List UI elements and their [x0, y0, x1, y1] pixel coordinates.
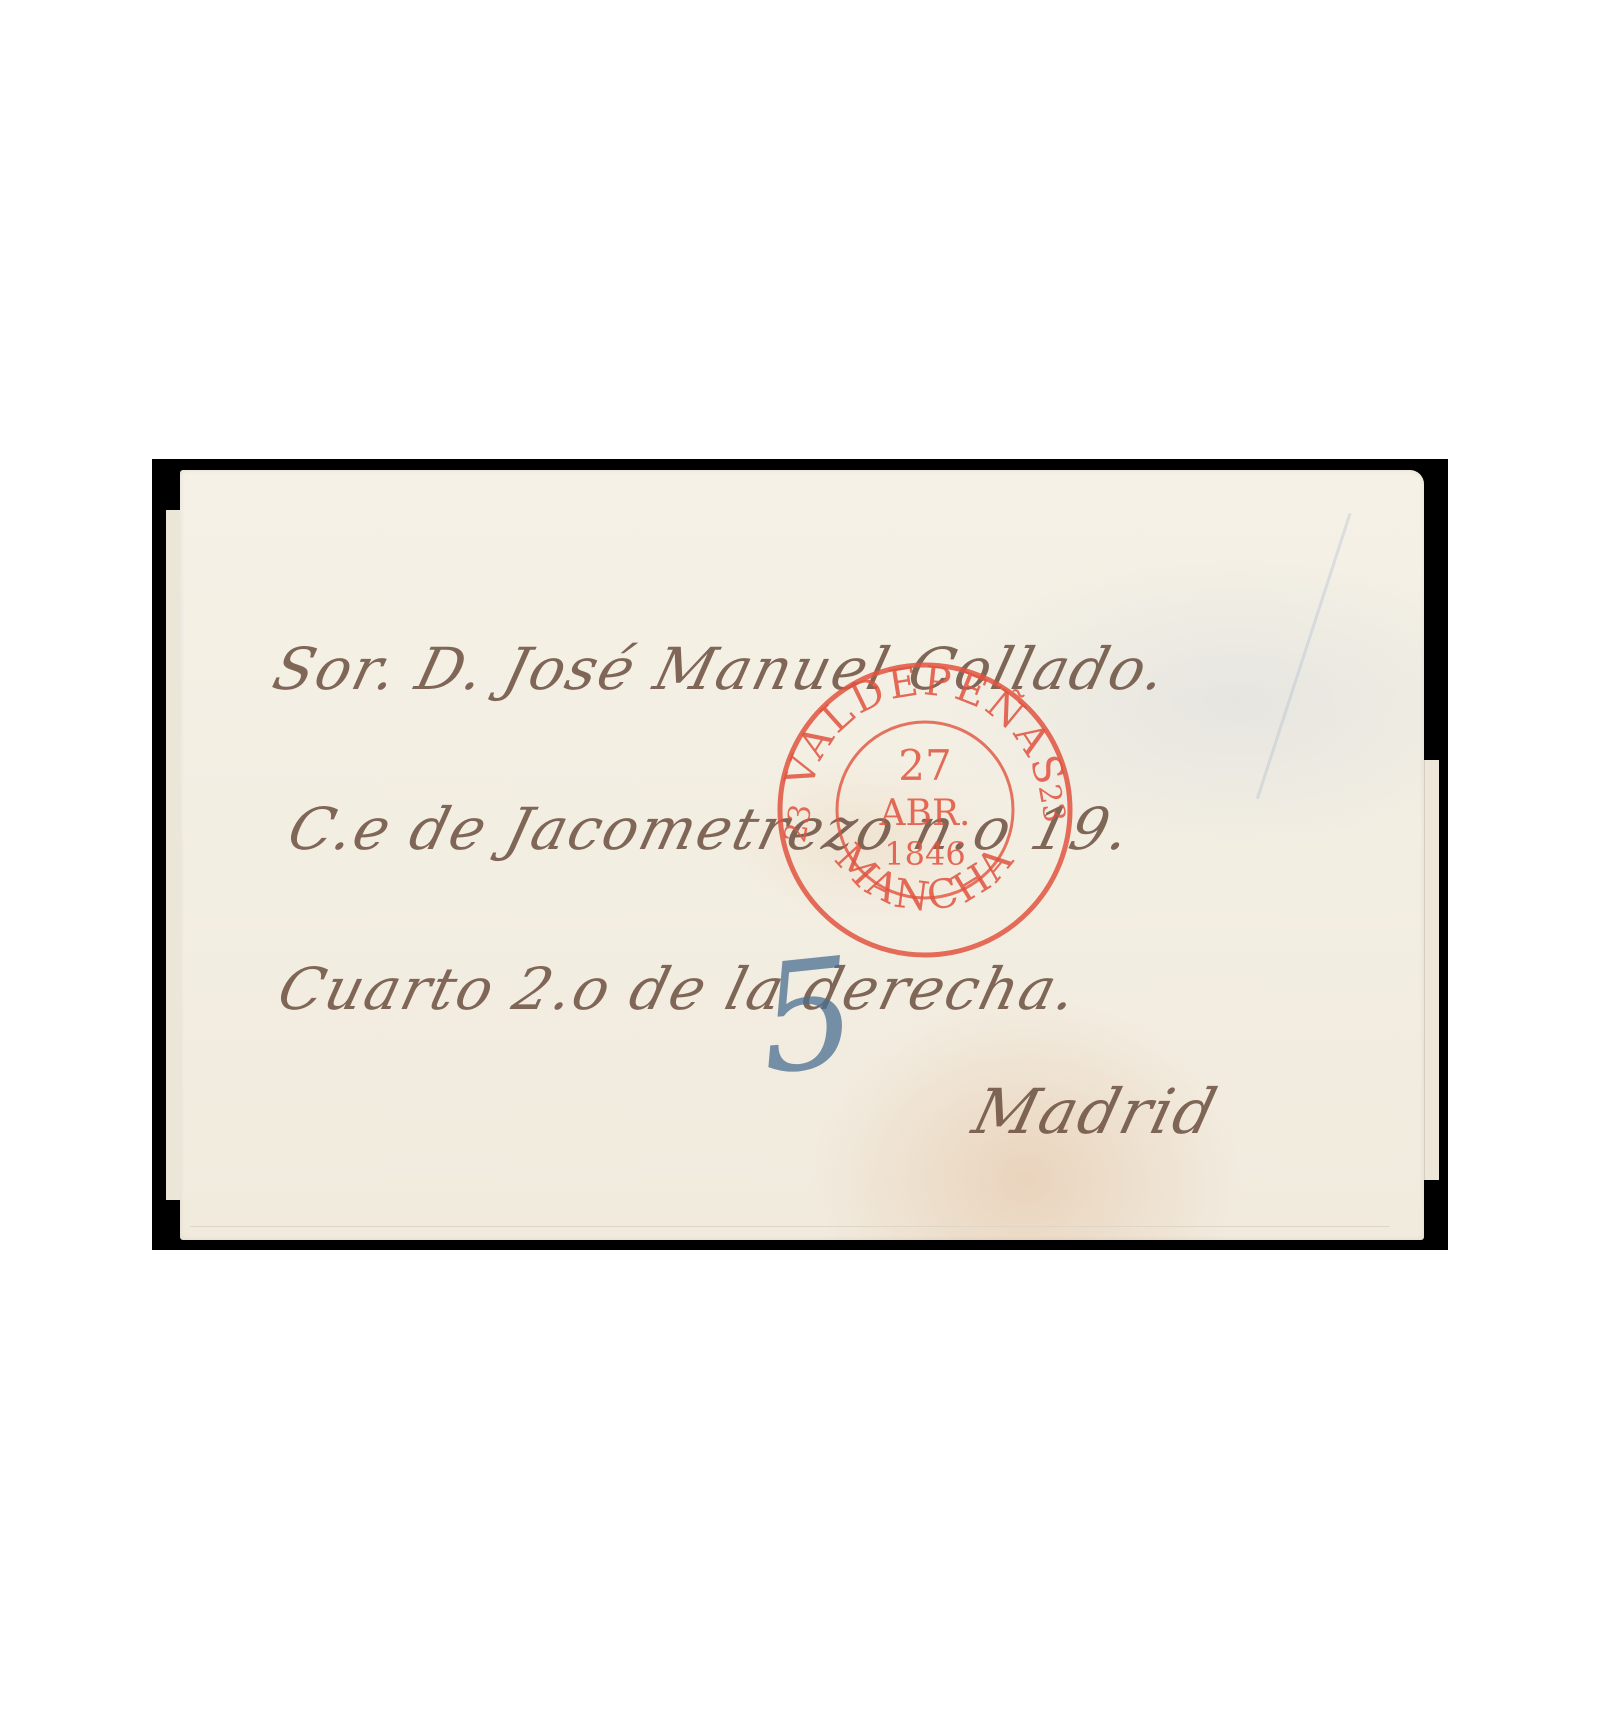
postage-rate-mark: 5: [751, 925, 864, 1108]
address-line-floor: Cuarto 2.o de la derecha.: [272, 955, 1086, 1023]
postmark-day: 27: [898, 741, 951, 790]
postmark-month: ABR.: [878, 793, 970, 834]
postmark-circle-icon: VALDEPEÑAS MANCHA 27 ABR. 1846 23 23: [770, 655, 1080, 965]
letter-right-fold: [1424, 760, 1439, 1180]
letter-bottom-fold: [190, 1226, 1390, 1237]
postmark-right-mark: 23: [1031, 782, 1072, 826]
postmark-left-mark: 23: [778, 802, 819, 846]
postmark-stamp: VALDEPEÑAS MANCHA 27 ABR. 1846 23 23: [770, 655, 1080, 965]
address-line-city: Madrid: [966, 1075, 1225, 1148]
postmark-year: 1846: [884, 835, 965, 873]
